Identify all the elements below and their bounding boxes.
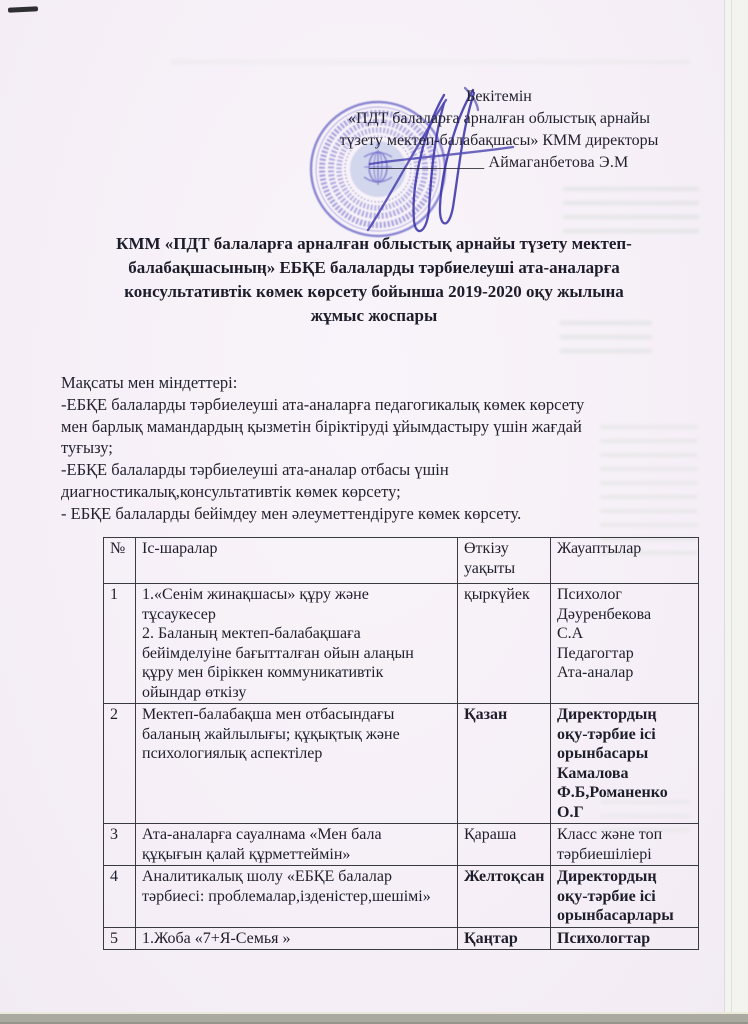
approval-word: Бекітемін bbox=[288, 86, 710, 108]
scanned-document-page: Бекітемін «ПДТ балаларға арналған облыст… bbox=[0, 0, 748, 1024]
header-time: Өткізу уақыты bbox=[458, 538, 551, 584]
scan-edge-bottom bbox=[0, 1012, 748, 1024]
cell-activity: Мектеп-балабақша мен отбасындағы баланың… bbox=[136, 704, 458, 824]
table-row: 3 Ата-аналарға сауалнама «Мен бала құқығ… bbox=[104, 824, 699, 866]
header-activity: Іс-шаралар bbox=[136, 538, 458, 584]
signature-blank: ______________ bbox=[370, 154, 485, 171]
cell-activity: 1.Жоба «7+Я-Семья » bbox=[136, 927, 458, 950]
cell-activity: Ата-аналарға сауалнама «Мен бала құқығын… bbox=[136, 824, 458, 866]
goals-line: - ЕБҚЕ балаларды бейімдеу мен әлеуметтен… bbox=[61, 503, 709, 525]
goals-line: диагностикалық,консультативтік көмек көр… bbox=[61, 481, 709, 503]
scan-edge-right bbox=[724, 0, 748, 1014]
approval-block: Бекітемін «ПДТ балаларға арналған облыст… bbox=[288, 86, 710, 174]
approval-org-line2: түзету мектеп-балабақшасы» КММ директоры bbox=[288, 130, 710, 152]
cell-time: қыркүйек bbox=[458, 584, 551, 704]
title-line: жұмыс жоспары bbox=[62, 304, 686, 328]
cell-activity: Аналитикалық шолу «ЕБҚЕ балалар тәрбиесі… bbox=[136, 866, 458, 928]
table-row: 5 1.Жоба «7+Я-Семья » Қаңтар Психологтар bbox=[104, 927, 699, 950]
table-header-row: № Іс-шаралар Өткізу уақыты Жауаптылар bbox=[104, 538, 699, 584]
cell-no: 2 bbox=[104, 704, 136, 824]
goals-section: Мақсаты мен міндеттері: -ЕБҚЕ балаларды … bbox=[61, 372, 709, 525]
cell-no: 5 bbox=[104, 927, 136, 950]
cell-responsible: Класс және топ тәрбиешіліері bbox=[551, 824, 699, 866]
header-responsible: Жауаптылар bbox=[551, 538, 699, 584]
cell-no: 1 bbox=[104, 584, 136, 704]
goals-line: туғызу; bbox=[61, 437, 709, 459]
cell-no: 3 bbox=[104, 824, 136, 866]
document-title: КММ «ПДТ балаларға арналған облыстық арн… bbox=[62, 232, 686, 328]
cell-responsible: Психолог Дәуренбекова С.А Педагогтар Ата… bbox=[551, 584, 699, 704]
cell-time: Қазан bbox=[458, 704, 551, 824]
cell-responsible: Директордың оқу-тәрбие ісі орынбасары Ка… bbox=[551, 704, 699, 824]
cell-responsible: Психологтар bbox=[551, 927, 699, 950]
goals-heading: Мақсаты мен міндеттері: bbox=[61, 372, 709, 394]
cell-no: 4 bbox=[104, 866, 136, 928]
approval-org-line1: «ПДТ балаларға арналған облыстық арнайы bbox=[288, 108, 710, 130]
cell-time: Қаңтар bbox=[458, 927, 551, 950]
scan-edge-line bbox=[731, 0, 732, 1014]
table-row: 1 1.«Сенім жинақшасы» құру және тұсаукес… bbox=[104, 584, 699, 704]
goals-line: мен барлық мамандардың қызметін біріктір… bbox=[61, 416, 709, 438]
director-signature-line: ______________ Аймаганбетова Э.М bbox=[288, 152, 710, 174]
title-line: КММ «ПДТ балаларға арналған облыстық арн… bbox=[62, 232, 686, 256]
table-row: 4 Аналитикалық шолу «ЕБҚЕ балалар тәрбие… bbox=[104, 866, 699, 928]
table-row: 2 Мектеп-балабақша мен отбасындағы балан… bbox=[104, 704, 699, 824]
cell-responsible: Директордың оқу-тәрбие ісі орынбасарлары bbox=[551, 866, 699, 928]
work-plan-table: № Іс-шаралар Өткізу уақыты Жауаптылар 1 … bbox=[103, 537, 699, 950]
director-name: Аймаганбетова Э.М bbox=[484, 154, 628, 171]
goals-line: -ЕБҚЕ балаларды тәрбиелеуші ата-аналар о… bbox=[61, 459, 709, 481]
goals-line: -ЕБҚЕ балаларды тәрбиелеуші ата-аналарға… bbox=[61, 394, 709, 416]
cell-time: Желтоқсан bbox=[458, 866, 551, 928]
cell-activity: 1.«Сенім жинақшасы» құру және тұсаукесер… bbox=[136, 584, 458, 704]
title-line: балабақшасының» ЕБҚЕ балаларды тәрбиелеу… bbox=[62, 256, 686, 280]
cell-time: Қараша bbox=[458, 824, 551, 866]
title-line: консультативтік көмек көрсету бойынша 20… bbox=[62, 280, 686, 304]
header-no: № bbox=[104, 538, 136, 584]
